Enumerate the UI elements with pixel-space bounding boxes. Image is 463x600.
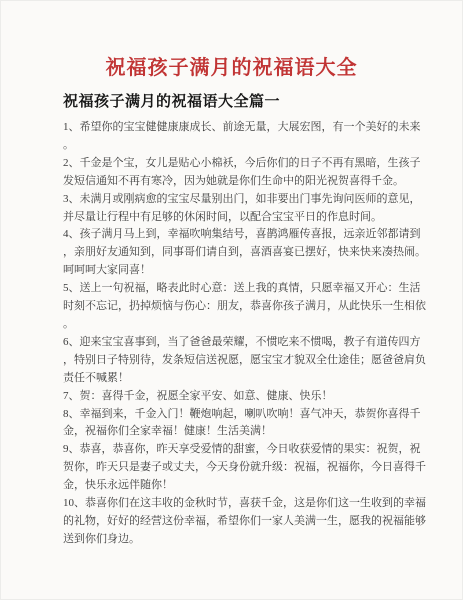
blessing-item: 5、送上一句祝福，略表此时心意：送上我的真情，只愿幸福又开心：生活时刻不忘记，扔…: [63, 280, 427, 334]
blessing-item: 2、千金是个宝，女儿是贴心小棉袄，今后你们的日子不再有黑暗，生孩子发短信通知不再…: [63, 155, 427, 191]
blessing-item: 8、幸福到来，千金入门！鞭炮响起，喇叭吹响！喜气冲天，恭贺你喜得千金，祝福你们全…: [63, 406, 427, 442]
blessing-item: 3、未满月或刚病愈的宝宝尽量别出门，如非要出门事先询问医师的意见，并尽量让行程中…: [63, 191, 427, 227]
blessing-item: 10、恭喜你们在这丰收的金秋时节，喜获千金，这是你们这一生收到的幸福的礼物，好好…: [63, 495, 427, 549]
blessing-item: 7、贺：喜得千金，祝愿全家平安、如意、健康、快乐！: [63, 388, 427, 406]
blessing-item: 1、希望你的宝宝健健康康成长、前途无量，大展宏图，有一个美好的未来。: [63, 119, 427, 155]
blessing-item: 6、迎来宝宝喜事到，当了爸爸最荣耀，不惯吃来不惯喝，教子有道传四方，特别日子特别…: [63, 334, 427, 388]
section-heading: 祝福孩子满月的祝福语大全篇一: [63, 92, 427, 112]
blessing-list: 1、希望你的宝宝健健康康成长、前途无量，大展宏图，有一个美好的未来。 2、千金是…: [63, 119, 427, 549]
blessing-item: 9、恭喜，恭喜你，昨天享受爱情的甜蜜，今日收获爱情的果实：祝贺，祝贺你，昨天只是…: [63, 441, 427, 495]
page-title: 祝福孩子满月的祝福语大全: [0, 0, 463, 81]
document-page: 祝福孩子满月的祝福语大全 祝福孩子满月的祝福语大全篇一 1、希望你的宝宝健健康康…: [0, 0, 463, 600]
document-content: 祝福孩子满月的祝福语大全篇一 1、希望你的宝宝健健康康成长、前途无量，大展宏图，…: [63, 92, 427, 549]
blessing-item: 4、孩子满月马上到，幸福吹响集结号，喜鹊鸿雁传喜报，远亲近邻都请到，亲朋好友通知…: [63, 226, 427, 280]
